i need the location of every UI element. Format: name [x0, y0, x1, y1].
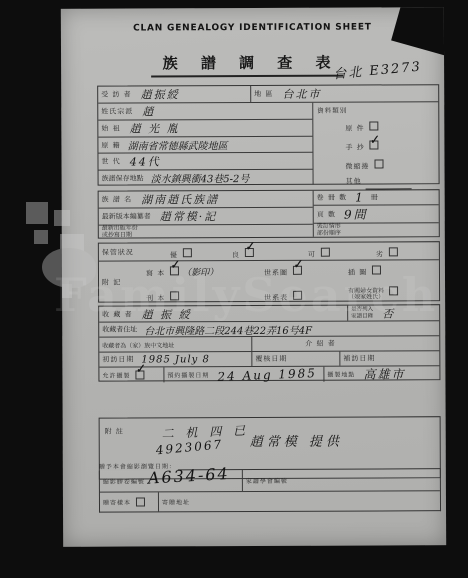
condition-fair-checkbox [321, 248, 330, 257]
holder-value: 趙 振 綬 [142, 306, 192, 322]
opt-printed-checkbox [170, 291, 179, 300]
category-manuscript-label: 手 抄 [345, 144, 364, 152]
clan-address-row: 收藏者為（家）族中文地址 介 紹 者 [99, 336, 439, 352]
location-label: 族譜保存地點 [102, 173, 144, 183]
ancestor-label: 始 祖 [101, 124, 120, 134]
basic-left-column: 姓氏宗派 趙 始 祖 趙 光 胤 原 籍 湖南省常德縣武陵地區 世 代 44代 … [98, 103, 312, 186]
filming-row: 允許攝製 ✓ 預約攝製日期 24 Aug 1985 攝製地點 高雄市 [99, 366, 439, 382]
category-microfilm-checkbox [374, 159, 383, 168]
revisit-date-cell: 補訪日期 [339, 351, 439, 365]
interviewee-cell: 受 訪 者 趙振綬 [98, 86, 250, 103]
listed-cell: 是否列入 家譜目錄 否 [347, 305, 439, 320]
binding-row: 裝訂情形 部份順序 [314, 223, 439, 237]
scanned-form-page: CLAN GENEALOGY IDENTIFICATION SHEET 族 譜 … [61, 7, 446, 547]
sample-label: 贈寄樣本 [103, 498, 131, 507]
scan-corner-shadow [391, 7, 446, 59]
section-film-numbers: 贈予本會縮影瀏覽日期： 縮影膠卷編號 A634-64 家譜學會編號 贈寄樣本 [99, 457, 441, 512]
remarks-label: 附 記 [102, 277, 146, 287]
condition-poor: 劣 [376, 241, 398, 260]
binding-label: 裝訂情形 部份順序 [317, 224, 341, 237]
holder-address-label: 收藏者住址 [102, 325, 137, 335]
category-manuscript: 手 抄✓ [345, 136, 434, 155]
category-header: 資料類別 [317, 105, 434, 115]
surname-value: 趙 [142, 103, 155, 119]
logo-pixel-square [26, 202, 48, 224]
category-other-blank-line [366, 179, 412, 189]
volumes-label: 卷 冊 數 [317, 193, 347, 203]
opt-pedigree-chart-label: 世系圖 [264, 268, 288, 276]
origin-label: 原 籍 [101, 140, 120, 150]
ancestor-value: 趙 光 胤 [130, 120, 180, 136]
opt-pedigree-chart: 世系圖✓ [264, 259, 348, 278]
compiler-row: 最新版本編纂者 趙常模·記 [99, 208, 313, 226]
ancestor-row: 始 祖 趙 光 胤 [98, 120, 312, 138]
surname-label: 姓氏宗派 [101, 107, 133, 117]
area-value: 台北市 [282, 86, 321, 102]
clan-address-label: 收藏者為（家）族中文地址 [102, 340, 174, 349]
condition-good-label: 良 [232, 251, 240, 259]
opt-manuscript-checkbox: ✓ [170, 266, 179, 275]
permit-checkbox: ✓ [135, 370, 144, 379]
review-date-label: 覆核日期 [255, 354, 287, 364]
condition-poor-checkbox [389, 247, 398, 256]
mailing-address-label: 寄贈地址 [162, 497, 190, 506]
condition-good: 良✓ [232, 242, 254, 261]
film-number-label: 縮影膠卷編號 [103, 476, 145, 485]
category-other: 其他 [346, 174, 435, 189]
pages-row: 頁 數 9間 [314, 205, 439, 224]
logo-pixel-square [34, 230, 48, 244]
category-original: 原 件 [345, 117, 434, 136]
volume-column: 卷 冊 數 1 冊 頁 數 9間 裝訂情形 部份順序 [313, 190, 439, 237]
binding-label-line2: 部份順序 [317, 230, 341, 237]
pages-value: 9間 [344, 206, 368, 223]
opt-women-note: （娘家姓氏） [348, 294, 384, 301]
listed-label: 是否列入 家譜目錄 [351, 306, 373, 319]
clan-address-cell: 收藏者為（家）族中文地址 [99, 337, 251, 352]
condition-good-checkbox: ✓ [245, 248, 254, 257]
section-holder: 收 藏 者 趙 振 綬 是否列入 家譜目錄 否 收藏者住址 台北市興隆路二段24… [98, 304, 440, 381]
interviewee-value: 趙振綬 [141, 86, 180, 102]
opt-women-checkbox [389, 286, 398, 295]
generations-value: 44代 [130, 153, 161, 169]
title-left-column: 族 譜 名 湖南趙氏族譜 最新版本編纂者 趙常模·記 最新出版年份 或抄寫日期 [99, 191, 313, 238]
pages-label: 頁 數 [317, 209, 336, 219]
film-number-row: 縮影膠卷編號 A634-64 家譜學會編號 [100, 469, 440, 492]
category-original-checkbox [370, 121, 379, 130]
opt-printed-label: 刊 本 [146, 294, 165, 302]
volumes-value: 1 [355, 191, 365, 205]
genealogy-name-row: 族 譜 名 湖南趙氏族譜 [99, 191, 313, 209]
listed-label-line2: 家譜目錄 [351, 313, 373, 320]
notes-label: 附 註 [105, 427, 124, 437]
opt-illustrations-checkbox [372, 265, 381, 274]
opt-pedigree-table-checkbox [293, 290, 302, 299]
generations-row: 世 代 44代 [98, 153, 312, 171]
visit-date-cell: 初訪日期 1985 July 8 [99, 352, 251, 367]
category-microfilm-label: 微縮捲 [346, 162, 370, 170]
film-number-table: 縮影膠卷編號 A634-64 家譜學會編號 贈寄樣本 寄贈地址 [99, 469, 441, 512]
mailing-address-cell: 寄贈地址 [158, 491, 440, 511]
material-category-column: 資料類別 原 件 手 抄✓ 微縮捲 其他 [312, 102, 438, 185]
location-row: 族譜保存地點 淡水鎮興衝43巷5-2号 [99, 170, 313, 186]
remarks-row: 附 記 寫 本✓（影印） 世系圖✓ 插 圖 刊 本 世系表 有關婦女資料（娘家姓… [99, 260, 439, 302]
opt-women: 有關婦女資料（娘家姓氏） [348, 284, 436, 303]
holder-row: 收 藏 者 趙 振 綬 是否列入 家譜目錄 否 [99, 305, 439, 322]
opt-pedigree-table: 世系表 [264, 284, 348, 303]
filming-place-value: 高雄市 [363, 365, 405, 382]
opt-manuscript: 寫 本✓（影印） [146, 259, 264, 279]
filming-date-label: 預約攝製日期 [167, 370, 209, 379]
filming-date-cell: 預約攝製日期 24 Aug 1985 [163, 367, 323, 383]
permit-cell: 允許攝製 ✓ [99, 367, 163, 382]
area-label: 地 區 [254, 89, 273, 99]
volumes-unit: 冊 [371, 192, 379, 202]
category-original-label: 原 件 [345, 125, 364, 133]
visit-date-value: 1985 July 8 [141, 354, 210, 365]
condition-good-check: ✓ [244, 239, 255, 253]
condition-poor-label: 劣 [376, 250, 384, 258]
filming-date-value: 24 Aug 1985 [217, 365, 317, 383]
origin-value: 湖南省常德縣武陵地區 [128, 137, 228, 152]
origin-row: 原 籍 湖南省常德縣武陵地區 [98, 137, 312, 154]
generations-label: 世 代 [101, 157, 120, 167]
notes-line3: 趙常模 提供 [250, 431, 343, 450]
filming-place-cell: 攝製地點 高雄市 [323, 366, 439, 382]
area-cell: 地 區 台北市 [250, 85, 438, 102]
volumes-row: 卷 冊 數 1 冊 [314, 190, 439, 206]
society-number-cell: 家譜學會編號 [242, 469, 440, 491]
holder-label: 收 藏 者 [102, 309, 132, 319]
category-manuscript-checkbox: ✓ [370, 140, 379, 149]
opt-illustrations-label: 插 圖 [348, 268, 367, 276]
condition-fair-label: 可 [308, 251, 316, 259]
visit-date-label: 初訪日期 [102, 355, 134, 365]
film-number-cell: 縮影膠卷編號 A634-64 [100, 470, 242, 492]
referrer-cell: 介 紹 者 [251, 336, 439, 351]
condition-fair: 可 [308, 242, 330, 261]
revisit-date-label: 補訪日期 [343, 353, 375, 363]
opt-pedigree-chart-checkbox: ✓ [293, 265, 302, 274]
filming-place-label: 攝製地點 [327, 370, 355, 379]
holder-cell: 收 藏 者 趙 振 綬 [99, 306, 347, 322]
opt-manuscript-label: 寫 本 [146, 269, 165, 277]
sample-row: 贈寄樣本 寄贈地址 [100, 491, 440, 511]
review-date-cell: 覆核日期 [251, 352, 339, 366]
sample-cell: 贈寄樣本 [100, 492, 158, 511]
section-basic-info: 受 訪 者 趙振綬 地 區 台北市 姓氏宗派 趙 始 祖 趙 光 胤 原 籍 [97, 84, 439, 185]
listed-value: 否 [382, 305, 395, 321]
society-number-label: 家譜學會編號 [246, 476, 288, 485]
location-value: 淡水鎮興衝43巷5-2号 [151, 170, 250, 185]
opt-pedigree-table-label: 世系表 [264, 293, 288, 301]
permit-label: 允許攝製 [102, 371, 130, 380]
opt-manuscript-note: （影印） [182, 268, 218, 278]
film-number-value: A634-64 [147, 464, 230, 488]
condition-label: 保管狀況 [102, 247, 134, 257]
interviewee-label: 受 訪 者 [101, 90, 131, 100]
genealogy-name-value: 湖南趙氏族譜 [141, 191, 219, 207]
opt-printed: 刊 本 [146, 284, 264, 304]
sample-checkbox [136, 497, 145, 506]
compiler-label: 最新版本編纂者 [102, 211, 151, 221]
section-genealogy-title: 族 譜 名 湖南趙氏族譜 最新版本編纂者 趙常模·記 最新出版年份 或抄寫日期 [98, 189, 440, 238]
section-condition: 保管狀況 優 良✓ 可 劣 附 記 寫 本✓（影印） 世系圖✓ 插 圖 刊 本 … [98, 241, 440, 302]
holder-address-row: 收藏者住址 台北市興隆路二段244巷22弄16号4F [99, 321, 439, 337]
form-title: 族 譜 調 查 表 [151, 54, 344, 78]
category-microfilm: 微縮捲 [345, 155, 434, 174]
opt-illustrations: 插 圖 [348, 259, 436, 278]
pubyear-label-line2: 或抄寫日期 [102, 232, 138, 239]
holder-address-value: 台北市興隆路二段244巷22弄16号4F [144, 321, 312, 337]
referrer-label: 介 紹 者 [305, 339, 335, 349]
condition-excellent-checkbox [183, 248, 192, 257]
opt-pedigree-chart-check: ✓ [292, 257, 303, 271]
pubyear-label: 最新出版年份 或抄寫日期 [102, 226, 138, 239]
pubyear-row: 最新出版年份 或抄寫日期 [99, 225, 313, 239]
opt-manuscript-check: ✓ [169, 257, 180, 271]
genealogy-name-label: 族 譜 名 [102, 195, 132, 205]
surname-row: 姓氏宗派 趙 [98, 103, 312, 121]
category-other-label: 其他 [346, 175, 362, 190]
sheet-banner-title: CLAN GENEALOGY IDENTIFICATION SHEET [61, 22, 444, 34]
listed-label-line1: 是否列入 [351, 306, 373, 313]
compiler-value: 趙常模·記 [160, 208, 218, 224]
